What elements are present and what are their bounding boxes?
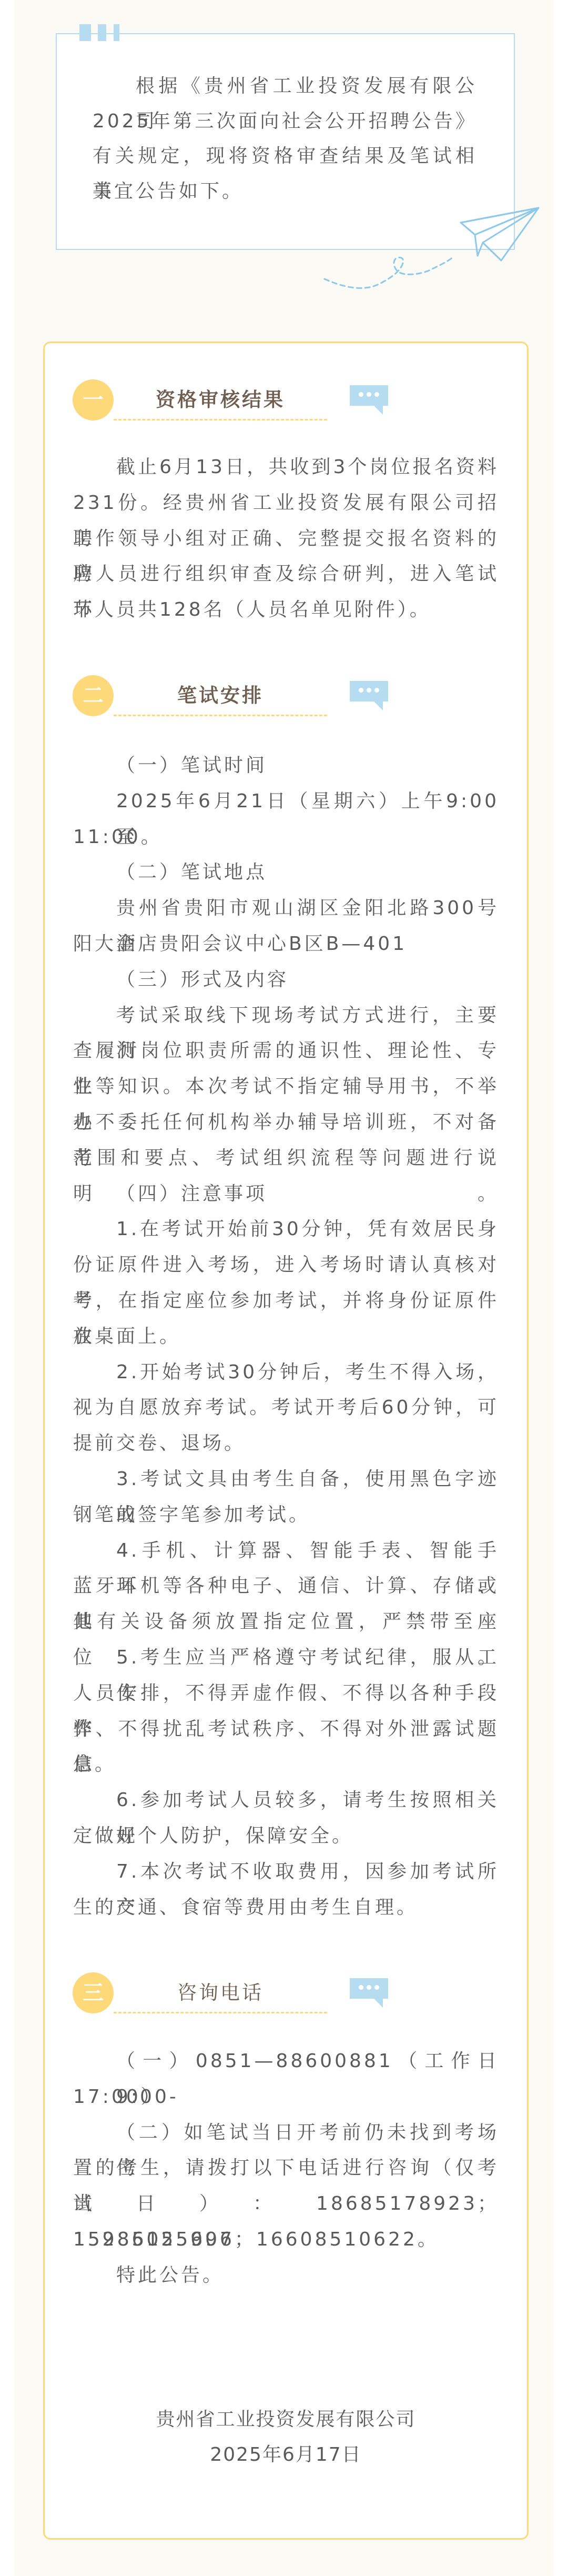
text-line: 范围和要点、考试组织流程等问题进行说明。 — [73, 1140, 499, 1176]
text-line: 提前交卷、退场。 — [73, 1426, 499, 1461]
frame-tab-bar — [114, 24, 119, 41]
section-heading-3: 三 咨询电话 — [73, 1972, 399, 2013]
text-line: 5.考生应当严格遵守考试纪律，服从工作 — [73, 1640, 499, 1676]
text-line: 在桌面上。 — [73, 1319, 499, 1355]
ellipsis-icon — [350, 1978, 388, 1999]
text-line: 置的考生，请拨打以下电话进行咨询（仅考试 — [73, 2150, 499, 2186]
text-line: （二）如笔试当日开考前仍未找到考场位 — [73, 2115, 499, 2151]
text-line: （二）笔试地点 — [73, 855, 499, 890]
section-number-badge: 二 — [73, 675, 114, 716]
text-line: 17:00） — [73, 2079, 499, 2115]
text-line: 1.在考试开始前30分钟，凭有效居民身 — [73, 1211, 499, 1247]
text-line: 4.手机、计算器、智能手表、智能手环、 — [73, 1533, 499, 1569]
text-line: 节人员共128名（人员名单见附件）。 — [73, 592, 499, 628]
section-2-body: （一）笔试时间2025年6月21日（星期六）上午9:00至11:00。（二）笔试… — [73, 748, 499, 1925]
text-line: 阳大酒店贵阳会议中心B区B—401 — [73, 926, 499, 962]
section-heading-1: 一 资格审核结果 — [73, 379, 399, 420]
text-line: 2025年6月21日（星期六）上午9:00至 — [73, 784, 499, 819]
chat-bubble-tail — [374, 406, 383, 415]
text-line: 事宜公告如下。 — [93, 174, 477, 209]
text-line: 人员安排，不得弄虚作假、不得以各种手段作 — [73, 1676, 499, 1711]
ellipsis-icon — [350, 681, 388, 701]
intro-paragraph: 根据《贵州省工业投资发展有限公司2025年第三次面向社会公开招聘公告》有关规定，… — [93, 69, 477, 209]
text-line: 根据《贵州省工业投资发展有限公司 — [93, 69, 477, 104]
text-line: 生的交通、食宿等费用由考生自理。 — [73, 1890, 499, 1926]
section-number-badge: 一 — [73, 379, 114, 420]
section-heading-2: 二 笔试安排 — [73, 675, 399, 716]
signature-block: 贵州省工业投资发展有限公司 2025年6月17日 — [43, 2402, 529, 2472]
text-line: 也不委托任何机构举办辅导培训班，不对备考 — [73, 1105, 499, 1140]
signature-organization: 贵州省工业投资发展有限公司 — [43, 2402, 529, 2437]
chat-bubble-tail — [374, 1999, 383, 2008]
section-title: 资格审核结果 — [114, 379, 327, 420]
text-line: 号，在指定座位参加考试，并将身份证原件放 — [73, 1283, 499, 1319]
text-line: 贵州省贵阳市观山湖区金阳北路300号金 — [73, 890, 499, 926]
text-line: 工作领导小组对正确、完整提交报名资料的应 — [73, 521, 499, 557]
section-title: 笔试安排 — [114, 675, 327, 716]
signature-date: 2025年6月17日 — [43, 2437, 529, 2472]
text-line: 2.开始考试30分钟后，考生不得入场， — [73, 1355, 499, 1390]
text-line: 6.参加考试人员较多，请考生按照相关规 — [73, 1782, 499, 1818]
text-line: 考试采取线下现场考试方式进行，主要测 — [73, 998, 499, 1034]
text-line: 11:00。 — [73, 819, 499, 855]
chat-bubble-tail — [374, 701, 383, 710]
dashed-underline — [114, 419, 327, 420]
text-line: 7.本次考试不收取费用，因参加考试所产 — [73, 1854, 499, 1890]
text-line: （三）形式及内容 — [73, 962, 499, 998]
dashed-underline — [114, 715, 327, 716]
section-3-body: （一）0851—88600881（工作日9:00-17:00）（二）如笔试当日开… — [73, 2043, 499, 2293]
text-line: 查履行岗位职责所需的通识性、理论性、专业 — [73, 1033, 499, 1069]
text-line: 15286025697；16608510622。 — [73, 2222, 499, 2258]
text-line: 蓝牙耳机等各种电子、通信、计算、存储或其 — [73, 1568, 499, 1604]
text-line: 当日）：18685178923；15985155906； — [73, 2186, 499, 2222]
text-line: 特此公告。 — [73, 2258, 499, 2293]
text-line: 截止6月13日，共收到3个岗位报名资料 — [73, 449, 499, 485]
section-title: 咨询电话 — [114, 1972, 327, 2013]
ellipsis-icon — [350, 385, 388, 406]
text-line: 3.考试文具由考生自备，使用黑色字迹的 — [73, 1461, 499, 1497]
dashed-underline — [114, 2012, 327, 2013]
section-number-badge: 三 — [73, 1972, 114, 2013]
text-line: 视为自愿放弃考试。考试开考后60分钟，可 — [73, 1390, 499, 1426]
text-line: 定做好个人防护，保障安全。 — [73, 1818, 499, 1854]
text-line: 聘人员进行组织审查及综合研判，进入笔试环 — [73, 556, 499, 592]
text-line: 他有关设备须放置指定位置，严禁带至座位。 — [73, 1604, 499, 1640]
text-line: （一）0851—88600881（工作日9:00- — [73, 2043, 499, 2079]
text-line: 性等知识。本次考试不指定辅导用书，不举办 — [73, 1069, 499, 1105]
text-line: 2025年第三次面向社会公开招聘公告》 — [93, 104, 477, 139]
section-1-body: 截止6月13日，共收到3个岗位报名资料231份。经贵州省工业投资发展有限公司招聘… — [73, 449, 499, 628]
text-line: 息。 — [73, 1747, 499, 1782]
text-line: （一）笔试时间 — [73, 748, 499, 784]
frame-tab-bar — [79, 24, 91, 41]
frame-tab-bar — [98, 24, 106, 41]
text-line: 有关规定，现将资格审查结果及笔试相关 — [93, 139, 477, 174]
text-line: 231份。经贵州省工业投资发展有限公司招聘 — [73, 485, 499, 521]
text-line: 钢笔或签字笔参加考试。 — [73, 1497, 499, 1533]
text-line: 弊、不得扰乱考试秩序、不得对外泄露试题信 — [73, 1711, 499, 1747]
text-line: 份证原件进入考场，进入考场时请认真核对考 — [73, 1247, 499, 1283]
